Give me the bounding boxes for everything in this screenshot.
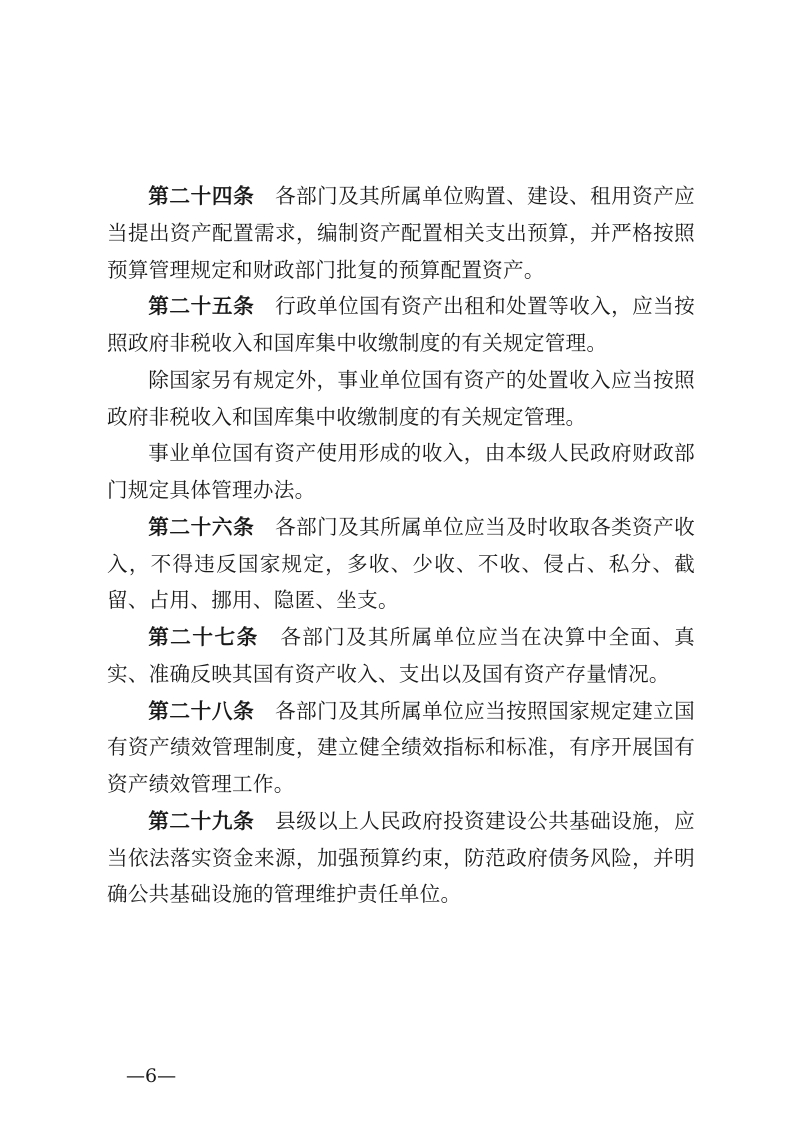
article-number: 第二十八条	[148, 699, 254, 723]
document-page: 第二十四条各部门及其所属单位购置、建设、租用资产应当提出资产配置需求，编制资产配…	[0, 0, 793, 1122]
article-number: 第二十九条	[148, 809, 254, 833]
article-28-paragraph: 第二十八条各部门及其所属单位应当按照国家规定建立国有资产绩效管理制度，建立健全绩…	[107, 693, 695, 803]
clause-text: 除国家另有规定外，事业单位国有资产的处置收入应当按照政府非税收入和国库集中收缴制…	[107, 368, 695, 429]
article-27-paragraph: 第二十七条各部门及其所属单位应当在决算中全面、真实、准确反映其国有资产收入、支出…	[107, 619, 695, 693]
article-24-paragraph: 第二十四条各部门及其所属单位购置、建设、租用资产应当提出资产配置需求，编制资产配…	[107, 178, 695, 288]
page-number: —6—	[126, 1064, 176, 1088]
clause-text: 事业单位国有资产使用形成的收入，由本级人民政府财政部门规定具体管理办法。	[107, 441, 695, 502]
article-number: 第二十六条	[148, 515, 254, 539]
article-26-paragraph: 第二十六条各部门及其所属单位应当及时收取各类资产收入，不得违反国家规定，多收、少…	[107, 509, 695, 619]
article-number: 第二十五条	[148, 294, 254, 318]
article-25-paragraph: 第二十五条行政单位国有资产出租和处置等收入，应当按照政府非税收入和国库集中收缴制…	[107, 288, 695, 362]
article-number: 第二十四条	[148, 184, 254, 208]
article-25-clause-3: 事业单位国有资产使用形成的收入，由本级人民政府财政部门规定具体管理办法。	[107, 435, 695, 509]
article-number: 第二十七条	[148, 625, 259, 649]
document-body: 第二十四条各部门及其所属单位购置、建设、租用资产应当提出资产配置需求，编制资产配…	[107, 178, 695, 913]
article-25-clause-2: 除国家另有规定外，事业单位国有资产的处置收入应当按照政府非税收入和国库集中收缴制…	[107, 362, 695, 436]
article-29-paragraph: 第二十九条县级以上人民政府投资建设公共基础设施，应当依法落实资金来源，加强预算约…	[107, 803, 695, 913]
